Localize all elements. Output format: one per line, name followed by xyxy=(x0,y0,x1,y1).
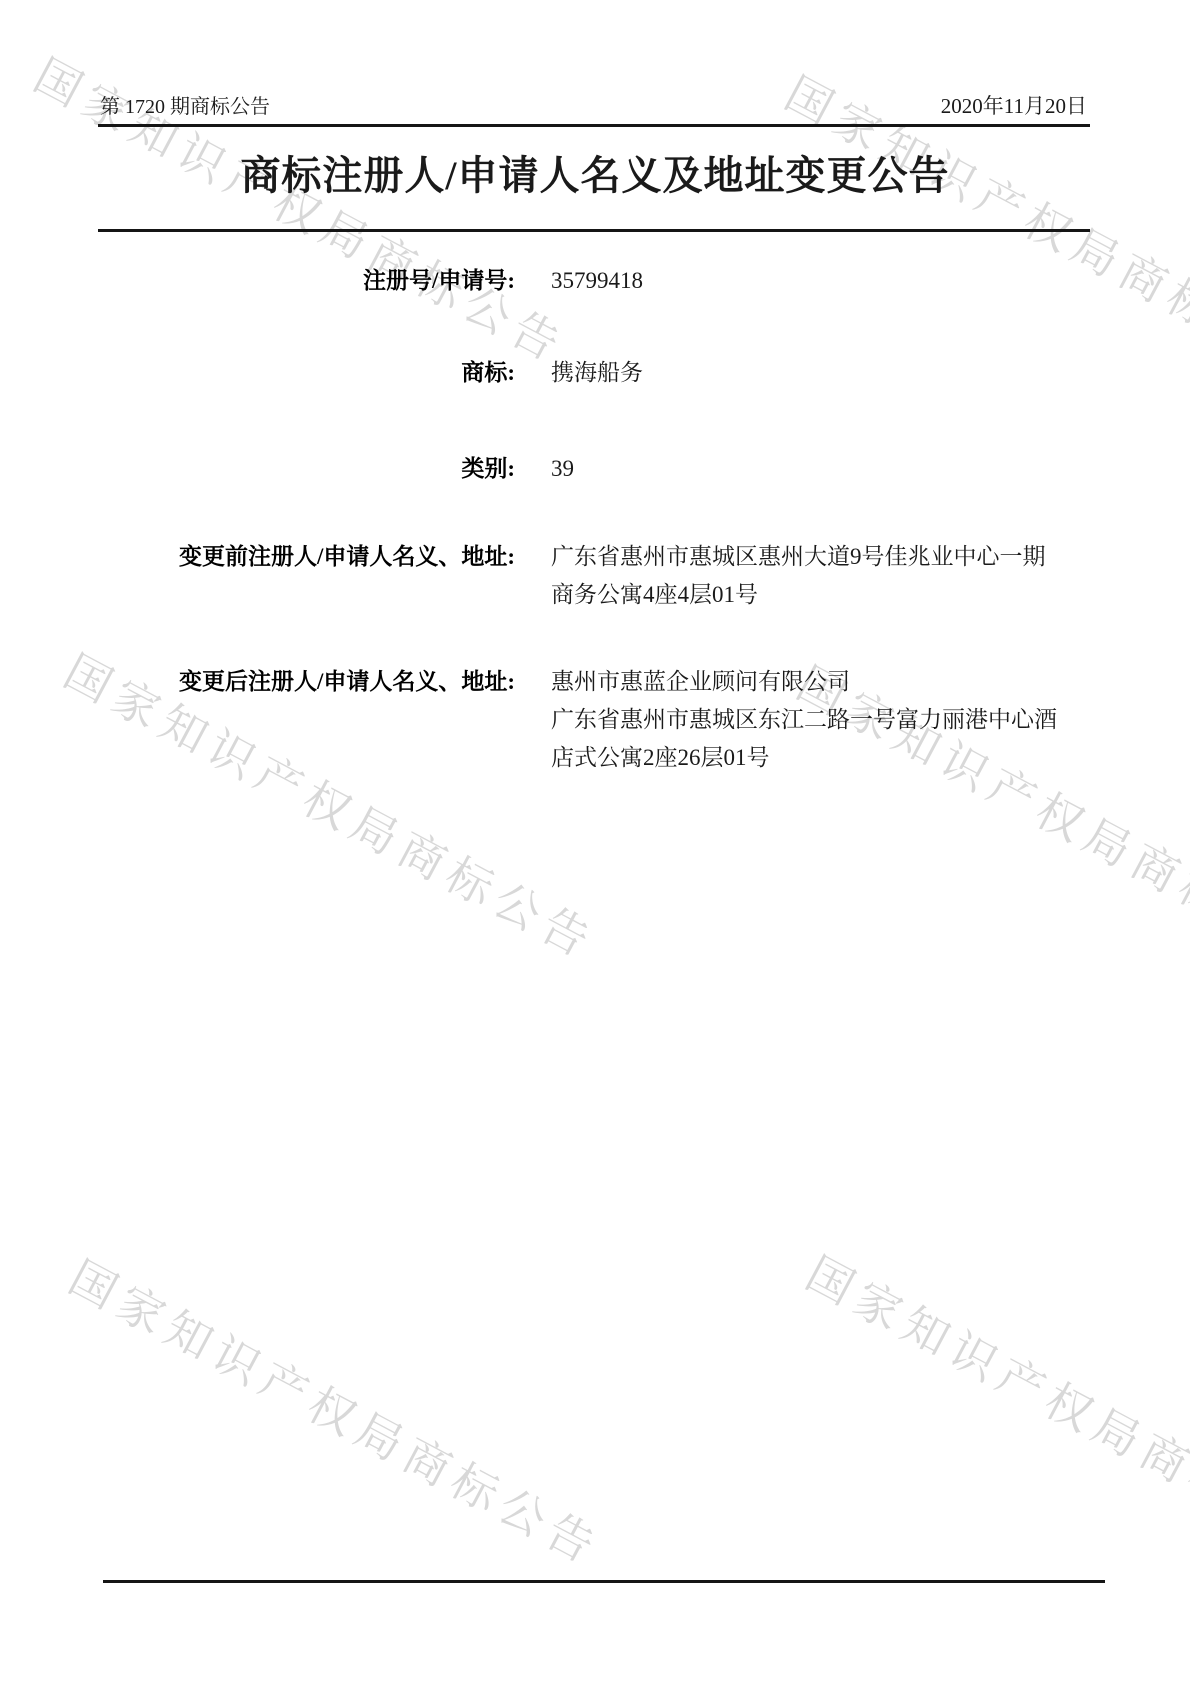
field-label: 注册号/申请号: xyxy=(95,262,515,300)
watermark-text: 国家知识产权局商标公告 xyxy=(59,1242,614,1579)
header-issue-label: 第 1720 期商标公告 xyxy=(100,90,270,119)
field-label: 商标: xyxy=(95,354,515,392)
field-value: 携海船务 xyxy=(551,354,1095,392)
field-label: 变更前注册人/申请人名义、地址: xyxy=(95,538,515,576)
field-value: 35799418 xyxy=(551,262,1095,300)
field-row-trademark: 商标: 携海船务 xyxy=(95,354,1095,392)
field-value: 广东省惠州市惠城区惠州大道9号佳兆业中心一期 商务公寓4座4层01号 xyxy=(551,538,1095,614)
page-title: 商标注册人/申请人名义及地址变更公告 xyxy=(95,144,1095,201)
field-row-class: 类别: 39 xyxy=(95,450,1095,488)
header-date: 2020年11月20日 xyxy=(941,90,1087,120)
field-row-before-change: 变更前注册人/申请人名义、地址: 广东省惠州市惠城区惠州大道9号佳兆业中心一期 … xyxy=(95,538,1095,614)
field-value-line: 店式公寓2座26层01号 xyxy=(551,739,1095,777)
field-value-line: 35799418 xyxy=(551,262,1095,300)
field-value-line: 惠州市惠蓝企业顾问有限公司 xyxy=(551,663,1095,701)
field-row-registration-number: 注册号/申请号: 35799418 xyxy=(95,262,1095,300)
field-value: 39 xyxy=(551,450,1095,488)
field-value: 惠州市惠蓝企业顾问有限公司 广东省惠州市惠城区东江二路一号富力丽港中心酒 店式公… xyxy=(551,663,1095,777)
field-label: 变更后注册人/申请人名义、地址: xyxy=(95,663,515,701)
field-value-line: 广东省惠州市惠城区东江二路一号富力丽港中心酒 xyxy=(551,701,1095,739)
gazette-page: 国家知识产权局商标公告 国家知识产权局商标公告 国家知识产权局商标公告 国家知识… xyxy=(0,0,1190,1684)
field-label: 类别: xyxy=(95,450,515,488)
field-row-after-change: 变更后注册人/申请人名义、地址: 惠州市惠蓝企业顾问有限公司 广东省惠州市惠城区… xyxy=(95,663,1095,777)
footer-rule xyxy=(103,1580,1105,1583)
watermark-text: 国家知识产权局商标公告 xyxy=(796,1238,1190,1575)
field-value-line: 商务公寓4座4层01号 xyxy=(551,576,1095,614)
field-value-line: 广东省惠州市惠城区惠州大道9号佳兆业中心一期 xyxy=(551,538,1095,576)
title-rule xyxy=(98,229,1090,232)
field-value-line: 携海船务 xyxy=(551,354,1095,392)
field-value-line: 39 xyxy=(551,450,1095,488)
header-rule xyxy=(98,124,1090,127)
